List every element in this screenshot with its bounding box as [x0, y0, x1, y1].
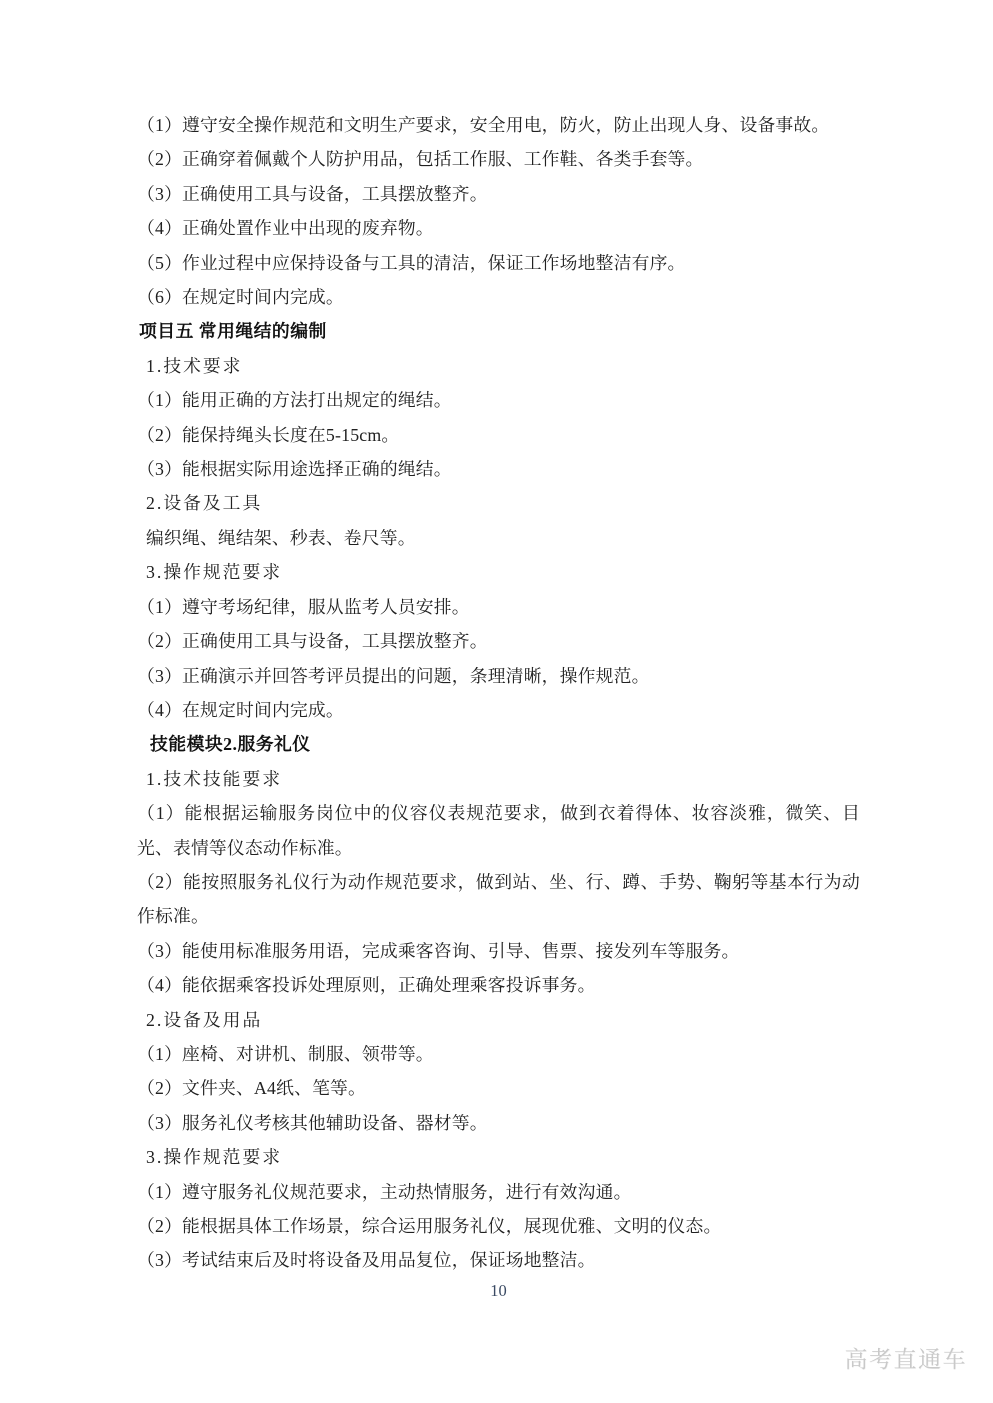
paragraph-line: （2）能根据具体工作场景，综合运用服务礼仪，展现优雅、文明的仪态。 — [137, 1209, 860, 1243]
heading-project-five: 项目五 常用绳结的编制 — [139, 314, 860, 348]
paragraph-line: （1）能根据运输服务岗位中的仪容仪表规范要求，做到衣着得体、妆容淡雅，微笑、目光… — [137, 796, 860, 865]
paragraph-line: （2）正确使用工具与设备，工具摆放整齐。 — [137, 624, 860, 658]
paragraph-line: （6）在规定时间内完成。 — [137, 280, 860, 314]
paragraph-line: 编织绳、绳结架、秒表、卷尺等。 — [146, 521, 860, 555]
paragraph-line: （3）服务礼仪考核其他辅助设备、器材等。 — [137, 1106, 860, 1140]
paragraph-line: （4）正确处置作业中出现的废弃物。 — [137, 211, 860, 245]
paragraph-line: （1）遵守考场纪律，服从监考人员安排。 — [137, 590, 860, 624]
page-number: 10 — [137, 1280, 860, 1302]
numbered-line: 3.操作规范要求 — [146, 555, 860, 589]
paragraph-line: （3）正确演示并回答考评员提出的问题，条理清晰，操作规范。 — [137, 659, 860, 693]
paragraph-line: （2）文件夹、A4纸、笔等。 — [137, 1071, 860, 1105]
document-page: （1）遵守安全操作规范和文明生产要求，安全用电，防火，防止出现人身、设备事故。 … — [0, 0, 993, 1403]
paragraph-line: （1）遵守安全操作规范和文明生产要求，安全用电，防火，防止出现人身、设备事故。 — [137, 108, 860, 142]
paragraph-line: （2）能保持绳头长度在5-15cm。 — [137, 418, 860, 452]
paragraph-line: （3）正确使用工具与设备，工具摆放整齐。 — [137, 177, 860, 211]
paragraph-line: （1）座椅、对讲机、制服、领带等。 — [137, 1037, 860, 1071]
paragraph-line: （2）正确穿着佩戴个人防护用品，包括工作服、工作鞋、各类手套等。 — [137, 142, 860, 176]
paragraph-line: （5）作业过程中应保持设备与工具的清洁，保证工作场地整洁有序。 — [137, 246, 860, 280]
paragraph-line: （4）能依据乘客投诉处理原则，正确处理乘客投诉事务。 — [137, 968, 860, 1002]
numbered-line: 1.技术技能要求 — [146, 762, 860, 796]
numbered-line: 2.设备及用品 — [146, 1003, 860, 1037]
document-content: （1）遵守安全操作规范和文明生产要求，安全用电，防火，防止出现人身、设备事故。 … — [137, 108, 860, 1278]
heading-skill-module-2: 技能模块2.服务礼仪 — [150, 727, 860, 761]
paragraph-line: （1）能用正确的方法打出规定的绳结。 — [137, 383, 860, 417]
paragraph-line: （3）考试结束后及时将设备及用品复位，保证场地整洁。 — [137, 1243, 860, 1277]
numbered-line: 3.操作规范要求 — [146, 1140, 860, 1174]
paragraph-line: （3）能使用标准服务用语，完成乘客咨询、引导、售票、接发列车等服务。 — [137, 934, 860, 968]
paragraph-line: （3）能根据实际用途选择正确的绳结。 — [137, 452, 860, 486]
numbered-line: 1.技术要求 — [146, 349, 860, 383]
paragraph-line: （1）遵守服务礼仪规范要求，主动热情服务，进行有效沟通。 — [137, 1175, 860, 1209]
numbered-line: 2.设备及工具 — [146, 486, 860, 520]
paragraph-line: （4）在规定时间内完成。 — [137, 693, 860, 727]
paragraph-line: （2）能按照服务礼仪行为动作规范要求，做到站、坐、行、蹲、手势、鞠躬等基本行为动… — [137, 865, 860, 934]
watermark: 高考直通车 — [845, 1345, 968, 1373]
